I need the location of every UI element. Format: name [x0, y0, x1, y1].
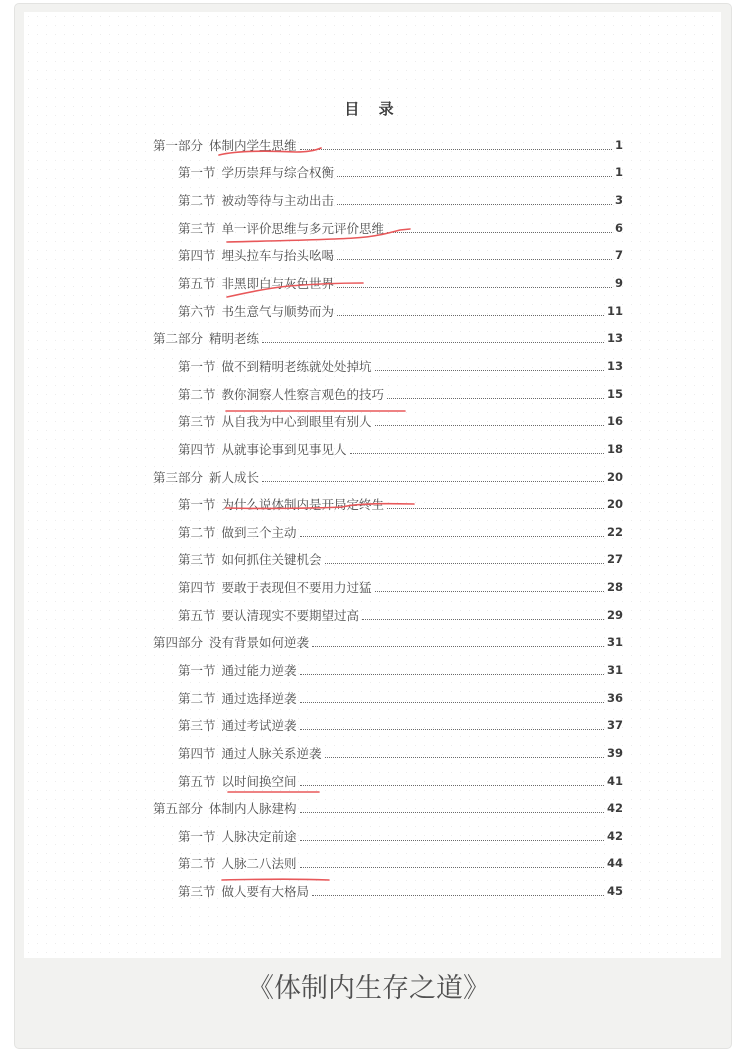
page-number: 13: [607, 331, 623, 345]
section-title: 通过考试逆袭: [222, 718, 297, 733]
page-number: 1: [615, 165, 623, 179]
section-number: 第五节: [178, 774, 216, 789]
toc-entry-label: 第四部分没有背景如何逆袭: [153, 633, 309, 651]
page-number: 6: [615, 221, 623, 235]
dot-leader: [300, 839, 604, 841]
section-title: 非黑即白与灰色世界: [222, 276, 335, 291]
section-title: 做人要有大格局: [222, 884, 310, 899]
toc-entry-label: 第一节人脉决定前途: [178, 827, 297, 845]
section-title: 做不到精明老练就处处掉坑: [222, 359, 372, 374]
toc-entry-label: 第四节从就事论事到见事见人: [178, 440, 347, 458]
toc-entry-label: 第三部分新人成长: [153, 468, 259, 486]
section-number: 第二节: [178, 856, 216, 871]
section-title: 从就事论事到见事见人: [222, 442, 347, 457]
page-number: 15: [607, 387, 623, 401]
toc-entry-label: 第四节要敢于表现但不要用力过猛: [178, 578, 372, 596]
toc-entry-label: 第二部分精明老练: [153, 329, 259, 347]
toc-section-row[interactable]: 第四节埋头拉车与抬头吆喝 7: [153, 242, 623, 270]
toc-entry-label: 第一节做不到精明老练就处处掉坑: [178, 357, 372, 375]
page-number: 29: [607, 608, 623, 622]
section-number: 第三节: [178, 552, 216, 567]
toc-part-row[interactable]: 第三部分新人成长 20: [153, 463, 623, 491]
dot-leader: [312, 645, 604, 647]
part-number: 第一部分: [153, 138, 203, 153]
toc-section-row[interactable]: 第三节做人要有大格局 45: [153, 877, 623, 905]
section-title: 学历崇拜与综合权衡: [222, 165, 335, 180]
dot-leader: [375, 369, 604, 371]
page-number: 11: [607, 304, 623, 318]
dot-leader: [300, 784, 604, 786]
dot-leader: [387, 231, 612, 233]
part-number: 第二部分: [153, 331, 203, 346]
section-title: 埋头拉车与抬头吆喝: [222, 248, 335, 263]
toc-entry-label: 第三节单一评价思维与多元评价思维: [178, 219, 384, 237]
page-number: 45: [607, 884, 623, 898]
section-number: 第三节: [178, 221, 216, 236]
dot-leader: [337, 314, 604, 316]
dot-leader: [375, 424, 604, 426]
dot-leader: [337, 286, 612, 288]
part-number: 第五部分: [153, 801, 203, 816]
dot-leader: [375, 590, 604, 592]
section-title: 教你洞察人性察言观色的技巧: [222, 387, 385, 402]
toc-entry-label: 第三节通过考试逆袭: [178, 716, 297, 734]
section-number: 第一节: [178, 359, 216, 374]
section-number: 第五节: [178, 276, 216, 291]
toc-section-row[interactable]: 第一节做不到精明老练就处处掉坑 13: [153, 352, 623, 380]
dot-leader: [337, 258, 612, 260]
toc-section-row[interactable]: 第二节教你洞察人性察言观色的技巧 15: [153, 380, 623, 408]
section-title: 单一评价思维与多元评价思维: [222, 221, 385, 236]
section-title: 要认清现实不要期望过高: [222, 608, 360, 623]
section-title: 从自我为中心到眼里有别人: [222, 414, 372, 429]
toc-section-row[interactable]: 第二节被动等待与主动出击 3: [153, 186, 623, 214]
toc-section-row[interactable]: 第一节学历崇拜与综合权衡 1: [153, 159, 623, 187]
dot-leader: [337, 203, 612, 205]
dot-leader: [325, 562, 604, 564]
part-number: 第四部分: [153, 635, 203, 650]
toc-entry-label: 第三节做人要有大格局: [178, 882, 309, 900]
section-number: 第四节: [178, 442, 216, 457]
dot-leader: [262, 480, 604, 482]
section-number: 第三节: [178, 718, 216, 733]
toc-entry-label: 第五节要认清现实不要期望过高: [178, 606, 359, 624]
dot-leader: [387, 397, 604, 399]
toc-section-row[interactable]: 第五节非黑即白与灰色世界 9: [153, 269, 623, 297]
toc-entry-label: 第一部分体制内学生思维: [153, 136, 297, 154]
toc-part-row[interactable]: 第二部分精明老练 13: [153, 324, 623, 352]
toc-entry-label: 第五节以时间换空间: [178, 772, 297, 790]
dot-leader: [362, 618, 604, 620]
page-number: 28: [607, 580, 623, 594]
toc-entry-label: 第一节学历崇拜与综合权衡: [178, 163, 334, 181]
section-title: 以时间换空间: [222, 774, 297, 789]
toc-entry-label: 第一节通过能力逆袭: [178, 661, 297, 679]
page-number: 36: [607, 691, 623, 705]
toc-section-row[interactable]: 第一节通过能力逆袭 31: [153, 656, 623, 684]
page-number: 42: [607, 829, 623, 843]
section-title: 要敢于表现但不要用力过猛: [222, 580, 372, 595]
toc-section-row[interactable]: 第四节通过人脉关系逆袭 39: [153, 739, 623, 767]
page-number: 20: [607, 497, 623, 511]
section-title: 做到三个主动: [222, 525, 297, 540]
section-number: 第三节: [178, 884, 216, 899]
toc-entry-label: 第一节为什么说体制内是开局定终生: [178, 495, 384, 513]
toc-entry-label: 第四节通过人脉关系逆袭: [178, 744, 322, 762]
section-title: 如何抓住关键机会: [222, 552, 322, 567]
toc-section-row[interactable]: 第三节通过考试逆袭 37: [153, 711, 623, 739]
toc-section-row[interactable]: 第五节要认清现实不要期望过高 29: [153, 601, 623, 629]
part-title: 新人成长: [209, 470, 259, 485]
dot-leader: [300, 811, 604, 813]
section-number: 第五节: [178, 608, 216, 623]
part-title: 精明老练: [209, 331, 259, 346]
toc-entry-label: 第六节书生意气与顺势而为: [178, 302, 334, 320]
toc-entry-label: 第四节埋头拉车与抬头吆喝: [178, 246, 334, 264]
page-number: 41: [607, 774, 623, 788]
dot-leader: [300, 701, 604, 703]
page-number: 9: [615, 276, 623, 290]
toc-entry-label: 第五部分体制内人脉建构: [153, 799, 297, 817]
dot-leader: [300, 535, 604, 537]
section-title: 通过选择逆袭: [222, 691, 297, 706]
toc-part-row[interactable]: 第四部分没有背景如何逆袭 31: [153, 629, 623, 657]
toc-section-row[interactable]: 第三节从自我为中心到眼里有别人 16: [153, 407, 623, 435]
toc-section-row[interactable]: 第二节做到三个主动 22: [153, 518, 623, 546]
dot-leader: [312, 894, 604, 896]
section-number: 第一节: [178, 829, 216, 844]
page-number: 44: [607, 856, 623, 870]
dot-leader: [300, 148, 612, 150]
section-number: 第四节: [178, 248, 216, 263]
page-number: 13: [607, 359, 623, 373]
book-title-caption: 《体制内生存之道》: [0, 966, 737, 1005]
section-number: 第二节: [178, 387, 216, 402]
page-number: 1: [615, 138, 623, 152]
dot-leader: [325, 756, 604, 758]
dot-leader: [337, 175, 612, 177]
page-number: 27: [607, 552, 623, 566]
page-number: 22: [607, 525, 623, 539]
section-title: 被动等待与主动出击: [222, 193, 335, 208]
section-number: 第四节: [178, 580, 216, 595]
page-number: 31: [607, 635, 623, 649]
toc-part-row[interactable]: 第一部分体制内学生思维 1: [153, 131, 623, 159]
toc-section-row[interactable]: 第四节从就事论事到见事见人 18: [153, 435, 623, 463]
dot-leader: [300, 673, 604, 675]
document-page: 目 录 第一部分体制内学生思维 1 第一节学历崇拜与综合权衡 1 第二节被动等待…: [24, 12, 721, 958]
dot-leader: [350, 452, 604, 454]
toc-entry-label: 第二节人脉二八法则: [178, 854, 297, 872]
section-number: 第一节: [178, 663, 216, 678]
toc-entry-label: 第三节从自我为中心到眼里有别人: [178, 412, 372, 430]
dot-leader: [300, 728, 604, 730]
toc-section-row[interactable]: 第二节通过选择逆袭 36: [153, 684, 623, 712]
toc-section-row[interactable]: 第三节如何抓住关键机会 27: [153, 546, 623, 574]
toc-entry-label: 第二节教你洞察人性察言观色的技巧: [178, 385, 384, 403]
toc-entry-label: 第二节被动等待与主动出击: [178, 191, 334, 209]
part-title: 体制内人脉建构: [209, 801, 297, 816]
toc-entry-label: 第二节通过选择逆袭: [178, 689, 297, 707]
dot-leader: [300, 866, 604, 868]
page-number: 42: [607, 801, 623, 815]
page-number: 7: [615, 248, 623, 262]
section-title: 通过能力逆袭: [222, 663, 297, 678]
toc-section-row[interactable]: 第一节为什么说体制内是开局定终生 20: [153, 490, 623, 518]
section-number: 第二节: [178, 691, 216, 706]
toc-entry-label: 第五节非黑即白与灰色世界: [178, 274, 334, 292]
dot-leader: [387, 507, 604, 509]
section-title: 通过人脉关系逆袭: [222, 746, 322, 761]
toc-section-row[interactable]: 第一节人脉决定前途 42: [153, 822, 623, 850]
section-number: 第六节: [178, 304, 216, 319]
section-title: 书生意气与顺势而为: [222, 304, 335, 319]
section-title: 人脉决定前途: [222, 829, 297, 844]
page-number: 16: [607, 414, 623, 428]
section-number: 第一节: [178, 165, 216, 180]
page-number: 18: [607, 442, 623, 456]
section-number: 第一节: [178, 497, 216, 512]
section-title: 为什么说体制内是开局定终生: [222, 497, 385, 512]
toc-section-row[interactable]: 第三节单一评价思维与多元评价思维 6: [153, 214, 623, 242]
section-number: 第二节: [178, 525, 216, 540]
part-number: 第三部分: [153, 470, 203, 485]
part-title: 体制内学生思维: [209, 138, 297, 153]
toc-part-row[interactable]: 第五部分体制内人脉建构 42: [153, 794, 623, 822]
toc-entry-label: 第三节如何抓住关键机会: [178, 550, 322, 568]
section-number: 第二节: [178, 193, 216, 208]
page-number: 39: [607, 746, 623, 760]
page-number: 3: [615, 193, 623, 207]
toc-section-row[interactable]: 第四节要敢于表现但不要用力过猛 28: [153, 573, 623, 601]
section-number: 第四节: [178, 746, 216, 761]
part-title: 没有背景如何逆袭: [209, 635, 309, 650]
dot-leader: [262, 341, 604, 343]
toc-title: 目 录: [24, 98, 721, 119]
page-number: 31: [607, 663, 623, 677]
page-number: 37: [607, 718, 623, 732]
toc-section-row[interactable]: 第二节人脉二八法则 44: [153, 850, 623, 878]
toc-entry-label: 第二节做到三个主动: [178, 523, 297, 541]
toc-section-row[interactable]: 第五节以时间换空间 41: [153, 767, 623, 795]
table-of-contents: 第一部分体制内学生思维 1 第一节学历崇拜与综合权衡 1 第二节被动等待与主动出…: [153, 131, 623, 905]
toc-section-row[interactable]: 第六节书生意气与顺势而为 11: [153, 297, 623, 325]
page-number: 20: [607, 470, 623, 484]
section-title: 人脉二八法则: [222, 856, 297, 871]
section-number: 第三节: [178, 414, 216, 429]
